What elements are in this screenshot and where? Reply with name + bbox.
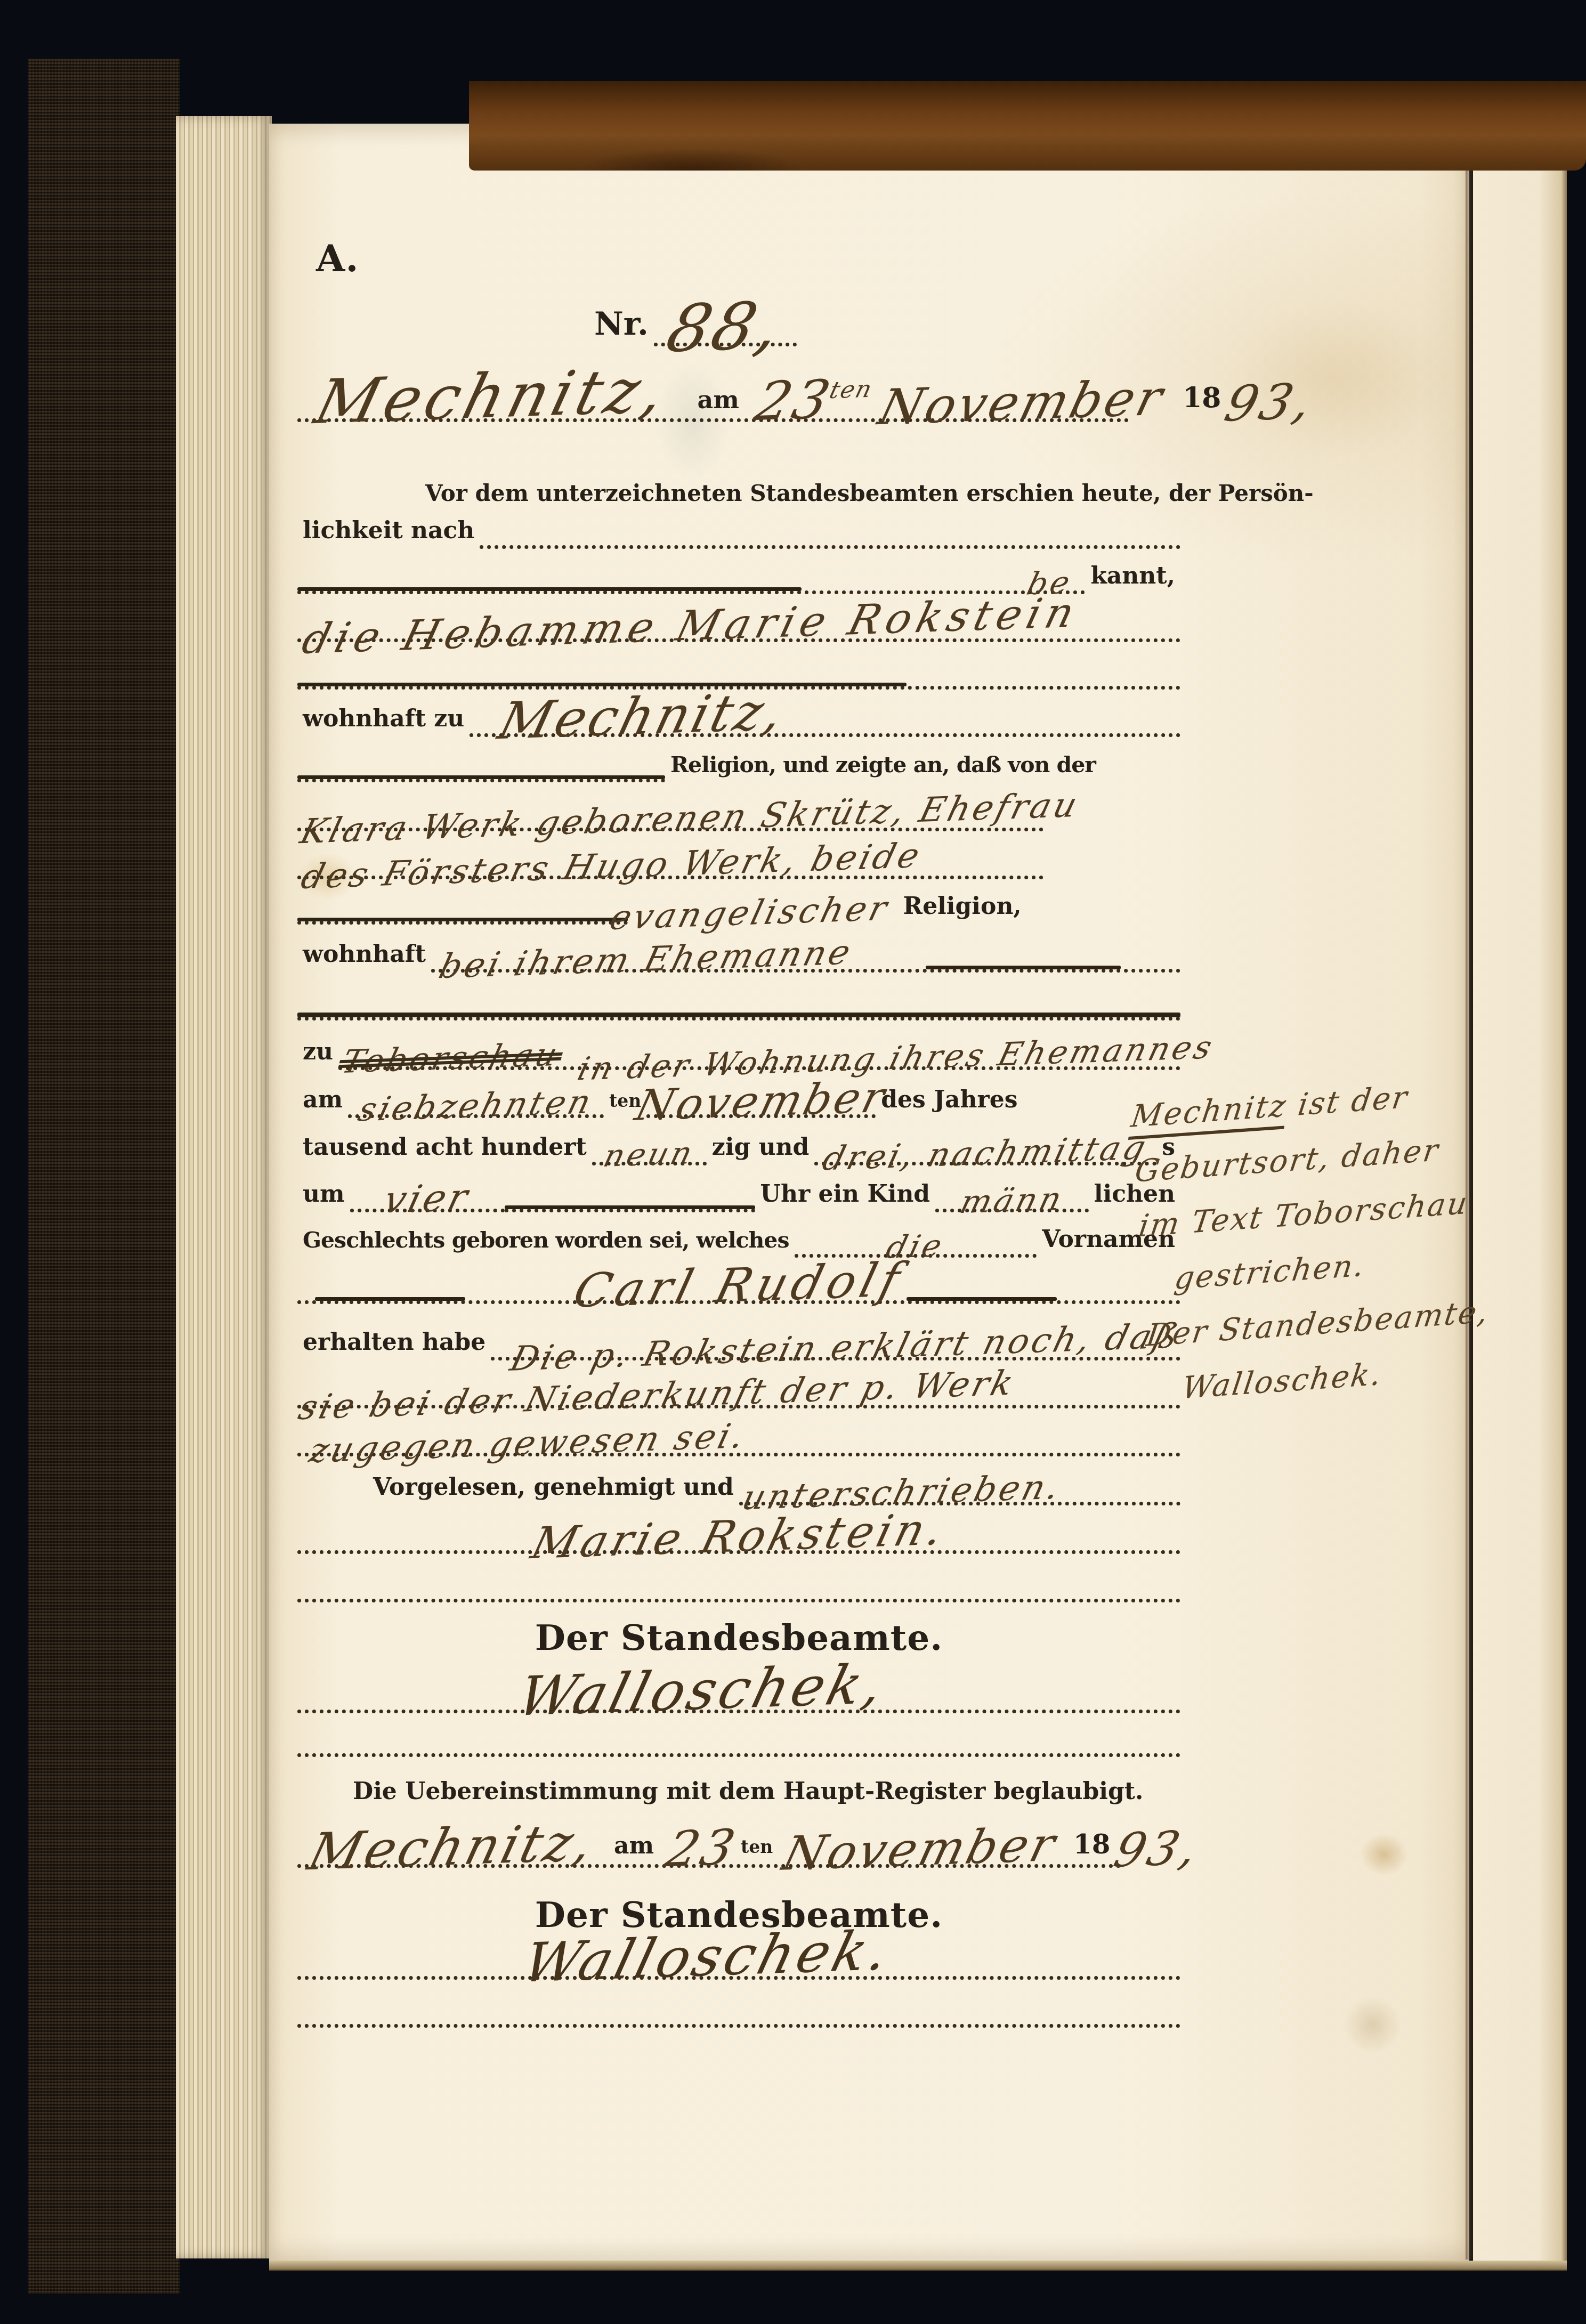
margin-note-line1-rest: ist der [1284,1080,1411,1124]
nr-label: Nr. [589,308,654,346]
photographed-register-book: A. Nr. 88, Mechnitz, am 23 ten November … [0,0,1586,2324]
header-month: November [875,374,1170,431]
note3-row: zugegen gewesen sei. [297,1401,1180,1456]
header-day: 23 [750,374,837,427]
am-label: am [692,387,744,418]
blank-field [297,1599,1180,1602]
mother-row: Klara Werk geborenen Skrütz, Ehefrau [297,776,1180,831]
registrar1-title-wrap: Der Standesbeamte. [297,1620,1180,1655]
certification-day: 23 [661,1824,741,1873]
year-printed: 18 [1177,384,1226,418]
form-letter-a: A. [311,240,365,284]
certification-date-row: Mechnitz, am 23 ten November 18 93, [297,1807,1121,1868]
margin-note-place: Mechnitz [1128,1088,1290,1140]
registrar2-signature-row: Walloschek. [297,1924,1180,1980]
marginal-note: Mechnitz ist der Geburtsort, daher im Te… [1129,1062,1545,1418]
record-number-value: 88, [661,295,789,360]
religion1-row: Religion, und zeigte an, daß von der [297,727,1180,782]
certification-text: Die Uebereinstimmung mit dem Haupt-Regis… [347,1780,1148,1810]
certification-year-written: 93, [1110,1826,1204,1873]
bekannt-row: be kannt, [297,539,1180,594]
birthplace-row: zu Toborschau in der Wohnung ihres Ehema… [297,1015,1180,1070]
leather-spine-band [469,81,1586,171]
blank-row [297,1547,1180,1602]
erhalten-row: erhalten habe Die p. Rokstein erklärt no… [297,1305,1180,1361]
religion2-row: evangelischer Religion, [297,869,1180,925]
blank-row [297,965,1180,1021]
certification-year-printed: 18 [1068,1831,1116,1864]
am-label: am [609,1834,659,1864]
header-date-field: Mechnitz, am 23 ten November 18 93, [297,368,1129,422]
strikethrough-mark [315,1297,465,1301]
blank-row [297,1972,1180,2028]
header-year-written: 93, [1220,378,1319,427]
certification-month: November [779,1823,1062,1876]
header-place: Mechnitz, [310,361,674,432]
book-cover-cloth [28,59,180,2294]
certification-day-suffix: ten [735,1838,778,1864]
page-stack-edges [176,116,272,2258]
page-bottom-edge [269,2261,1567,2271]
blank-field [297,2024,1180,2028]
nr-field: 88, [654,297,797,346]
strikethrough-mark [907,1297,1057,1301]
blank-row [297,1702,1180,1757]
record-number-row: Nr. 88, [589,291,797,346]
vorgelesen-row: Vorgelesen, genehmigt und unterschrieben… [368,1450,1180,1505]
given-names-row: Carl Rudolf [297,1249,1180,1304]
declarant-signature-row: Marie Rokstein. [297,1499,1180,1554]
blank-field [297,1753,1180,1757]
certification-date-field: Mechnitz, am 23 ten November 18 93, [297,1823,1121,1868]
header-day-suffix: ten [828,378,875,402]
residence2-row: wohnhaft bei ihrem Ehemanne [297,917,1180,973]
header-date-row: Mechnitz, am 23 ten November 18 93, [297,358,1129,422]
note2-row: sie bei der Niederkunft der p. Werk [297,1353,1180,1408]
given-names-field: Carl Rudolf [297,1263,1180,1304]
certification-place: Mechnitz, [304,1818,600,1877]
